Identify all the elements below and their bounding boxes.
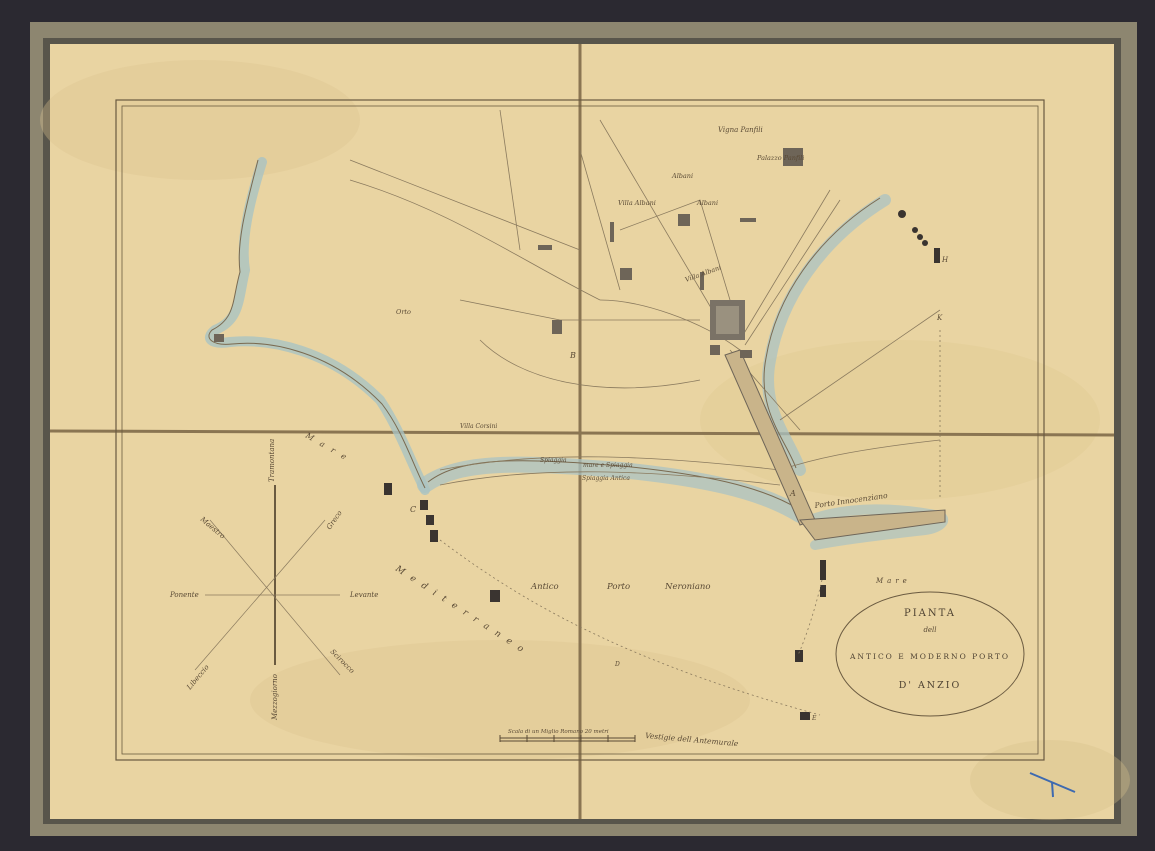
label-villa-albani: Villa Albani — [618, 199, 656, 207]
compass-south: Mezzogiorno — [271, 674, 279, 721]
label-orto: Orto — [396, 308, 411, 316]
label-neroniano: Neroniano — [664, 582, 711, 592]
letter-e: E — [811, 715, 817, 722]
letter-c: C — [410, 505, 416, 514]
label-spiaggia-antica: Spiaggia Antica — [582, 475, 630, 482]
label-vigna-panfili: Vigna Panfili — [718, 126, 763, 134]
cartouche-place: D' ANZIO — [899, 680, 962, 691]
compass-west: Ponente — [169, 591, 199, 599]
label-antico: Antico — [530, 582, 559, 592]
label-albani-1: Albani — [671, 172, 693, 180]
compass-northwest: Maestro — [198, 515, 226, 541]
label-porto: Porto — [606, 582, 630, 592]
letter-d: D — [614, 661, 620, 668]
compass-east: Levante — [349, 591, 378, 599]
label-mare-spiaggia: mare e Spiaggia — [583, 462, 633, 469]
label-albani-2: Albani — [696, 199, 718, 207]
letter-h: H — [941, 256, 949, 264]
compass-north: Tramontana — [268, 439, 276, 482]
cartouche-subtitle: ANTICO E MODERNO PORTO — [849, 652, 1010, 661]
compass-southwest: Libeccio — [185, 663, 211, 692]
label-villa-corsini: Villa Corsini — [460, 423, 497, 430]
letter-k: K — [936, 314, 943, 322]
cartouche-dell: dell — [923, 626, 936, 634]
cartouche-title: PIANTA — [904, 608, 956, 619]
letter-b: B — [569, 351, 576, 360]
compass-northeast: Greco — [325, 509, 344, 531]
label-palazzo-panfili: Palazzo Panfili — [756, 154, 804, 162]
letter-a: A — [789, 489, 796, 498]
compass-rose — [195, 485, 340, 675]
label-mare-right: Mare — [875, 577, 911, 585]
label-spiaggia: Spiaggia — [540, 457, 567, 464]
paper-stains — [40, 60, 1130, 820]
scale-caption: Scala di un Miglio Romano 20 metri — [508, 729, 609, 735]
map-canvas: PIANTA dell ANTICO E MODERNO PORTO D' AN… — [0, 0, 1155, 851]
label-mare-left: Mare — [303, 430, 355, 465]
